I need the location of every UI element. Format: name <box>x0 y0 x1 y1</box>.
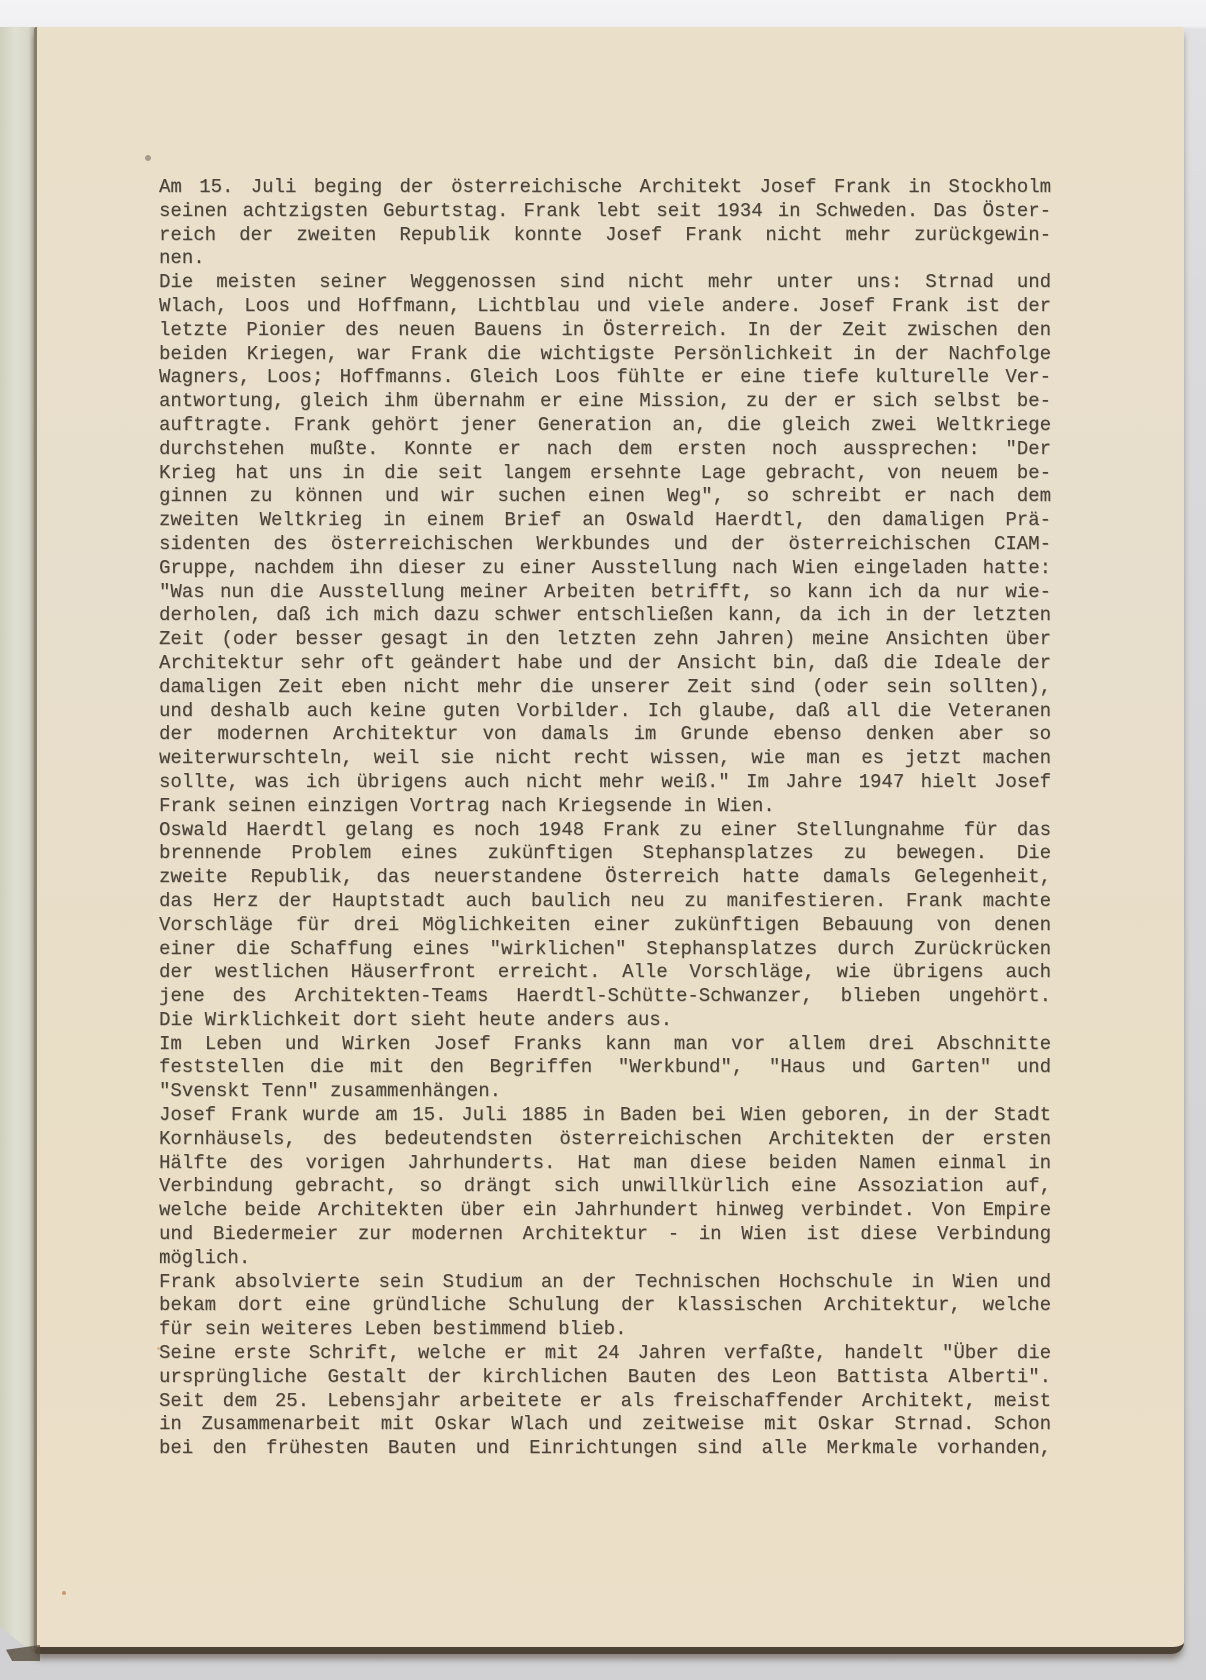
text-line: nen. <box>159 247 1051 271</box>
page-corner-shadow <box>6 1645 40 1661</box>
text-line: sollte, was ich übrigens auch nicht mehr… <box>159 771 1051 795</box>
text-line: das Herz der Hauptstadt auch baulich neu… <box>159 890 1051 914</box>
text-line: reich der zweiten Republik konnte Josef … <box>159 224 1051 248</box>
text-line: Kornhäusels, des bedeutendsten österreic… <box>159 1128 1051 1152</box>
text-line: auftragte. Frank gehört jener Generation… <box>159 414 1051 438</box>
text-line: Vorschläge für drei Möglichkeiten einer … <box>159 914 1051 938</box>
text-line: der westlichen Häuserfront erreicht. All… <box>159 961 1051 985</box>
text-line: möglich. <box>159 1247 1051 1271</box>
text-line: letzte Pionier des neuen Bauens in Öster… <box>159 319 1051 343</box>
text-line: Wagners, Loos; Hoffmanns. Gleich Loos fü… <box>159 366 1051 390</box>
text-line: Im Leben und Wirken Josef Franks kann ma… <box>159 1033 1051 1057</box>
text-line: Hälfte des vorigen Jahrhunderts. Hat man… <box>159 1152 1051 1176</box>
text-line: Josef Frank wurde am 15. Juli 1885 in Ba… <box>159 1104 1051 1128</box>
text-line: Am 15. Juli beging der österreichische A… <box>159 176 1051 200</box>
text-line: Wlach, Loos und Hoffmann, Lichtblau und … <box>159 295 1051 319</box>
text-line: Gruppe, nachdem ihn dieser zu einer Auss… <box>159 557 1051 581</box>
text-line: Frank absolvierte sein Studium an der Te… <box>159 1271 1051 1295</box>
text-line: "Svenskt Tenn" zusammenhängen. <box>159 1080 1051 1104</box>
text-line: Frank seinen einzigen Vortrag nach Krieg… <box>159 795 1051 819</box>
paper-speck <box>157 1347 160 1350</box>
text-line: in Zusammenarbeit mit Oskar Wlach und ze… <box>159 1413 1051 1437</box>
text-line: feststellen die mit den Begriffen "Werkb… <box>159 1056 1051 1080</box>
text-line: "Was nun die Ausstellung meiner Arbeiten… <box>159 581 1051 605</box>
text-line: weiterwurschteln, weil sie nicht recht w… <box>159 747 1051 771</box>
text-line: beiden Kriegen, war Frank die wichtigste… <box>159 343 1051 367</box>
page-text: Am 15. Juli beging der österreichische A… <box>159 176 1051 1461</box>
text-line: ursprüngliche Gestalt der kirchlichen Ba… <box>159 1366 1051 1390</box>
text-line: derholen, daß ich mich dazu schwer entsc… <box>159 604 1051 628</box>
text-line: brennende Problem eines zukünftigen Step… <box>159 842 1051 866</box>
text-line: Zeit (oder besser gesagt in den letzten … <box>159 628 1051 652</box>
text-line: sidenten des österreichischen Werkbundes… <box>159 533 1051 557</box>
text-line: antwortung, gleich ihm übernahm er eine … <box>159 390 1051 414</box>
text-line: damaligen Zeit eben nicht mehr die unser… <box>159 676 1051 700</box>
paper-speck <box>62 1591 66 1595</box>
text-line: zweite Republik, das neuerstandene Öster… <box>159 866 1051 890</box>
text-line: Krieg hat uns in die seit langem ersehnt… <box>159 462 1051 486</box>
text-line: einer die Schaffung eines "wirklichen" S… <box>159 938 1051 962</box>
scan-background: { "document": { "kind": "scanned typewri… <box>0 0 1206 1680</box>
text-line: bei den frühesten Bauten und Einrichtung… <box>159 1437 1051 1461</box>
text-line: jene des Architekten-Teams Haerdtl-Schüt… <box>159 985 1051 1009</box>
text-line: der modernen Architektur von damals im G… <box>159 723 1051 747</box>
text-line: zweiten Weltkrieg in einem Brief an Oswa… <box>159 509 1051 533</box>
text-line: seinen achtzigsten Geburtstag. Frank leb… <box>159 200 1051 224</box>
text-line: Seit dem 25. Lebensjahr arbeitete er als… <box>159 1390 1051 1414</box>
text-line: ginnen zu können und wir suchen einen We… <box>159 485 1051 509</box>
paper-speck <box>145 155 151 161</box>
underpage-edge <box>0 27 34 1653</box>
text-line: durchstehen mußte. Konnte er nach dem er… <box>159 438 1051 462</box>
text-line: und Biedermeier zur modernen Architektur… <box>159 1223 1051 1247</box>
text-line: Die meisten seiner Weggenossen sind nich… <box>159 271 1051 295</box>
text-line: Architektur sehr oft geändert habe und d… <box>159 652 1051 676</box>
text-line: Die Wirklichkeit dort sieht heute anders… <box>159 1009 1051 1033</box>
text-line: für sein weiteres Leben bestimmend blieb… <box>159 1318 1051 1342</box>
text-line: bekam dort eine gründliche Schulung der … <box>159 1294 1051 1318</box>
text-line: Verbindung gebracht, so drängt sich unwi… <box>159 1175 1051 1199</box>
text-line: und deshalb auch keine guten Vorbilder. … <box>159 700 1051 724</box>
text-line: Seine erste Schrift, welche er mit 24 Ja… <box>159 1342 1051 1366</box>
text-line: welche beide Architekten über ein Jahrhu… <box>159 1199 1051 1223</box>
paper-page: Am 15. Juli beging der österreichische A… <box>34 27 1184 1654</box>
text-line: Oswald Haerdtl gelang es noch 1948 Frank… <box>159 819 1051 843</box>
